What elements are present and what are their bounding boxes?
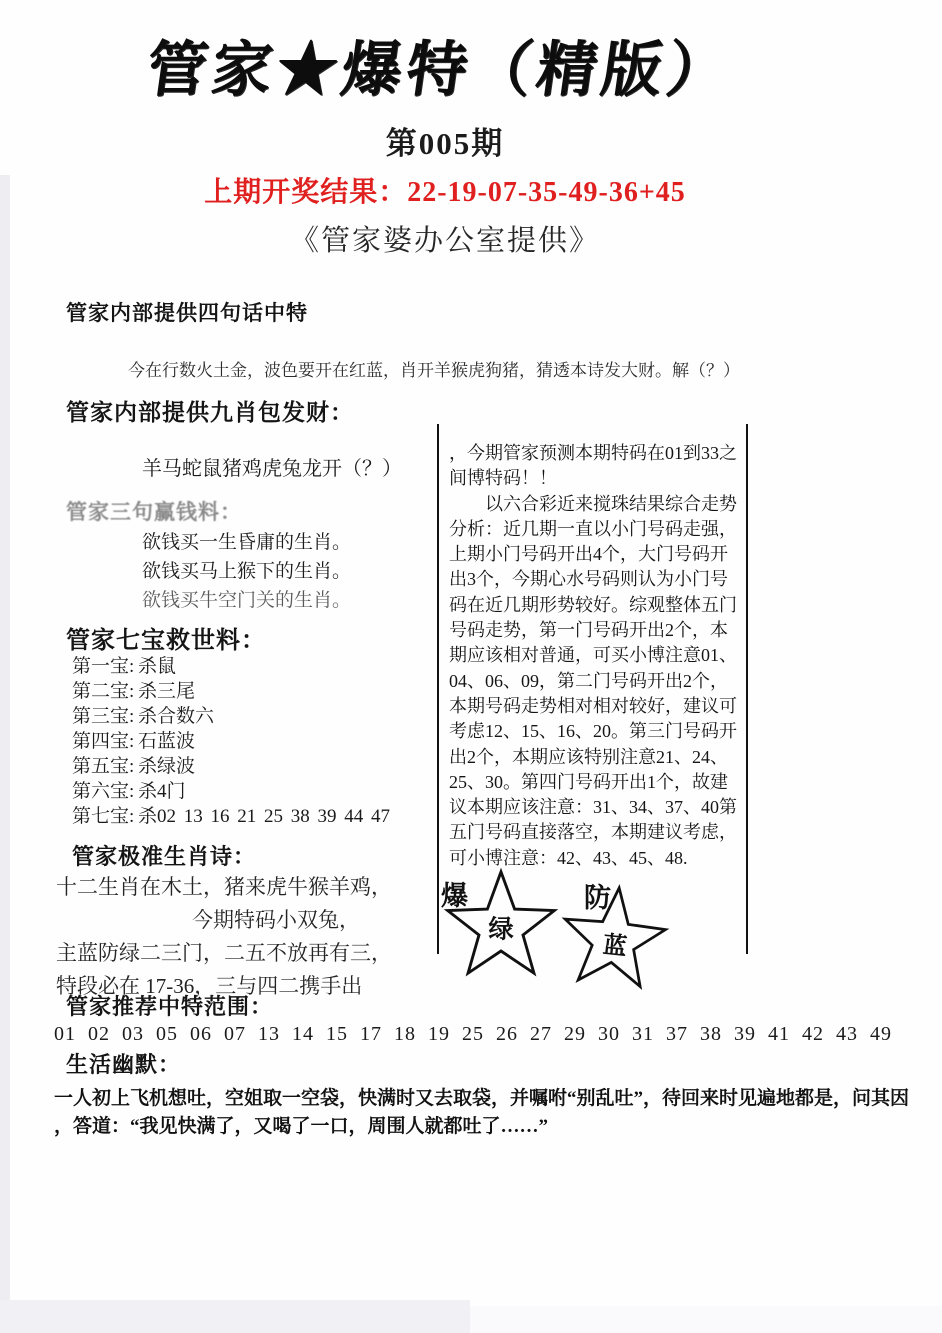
recommend-heading: 管家推荐中特范围： — [66, 990, 273, 1021]
treasure-value: 杀02 13 16 21 25 38 39 44 47 — [138, 806, 390, 827]
analysis-line: 五门号码直接落空，本期建议考虑， — [449, 820, 743, 845]
last-draw-result: 上期开奖结果：22-19-07-35-49-36+45 — [0, 170, 890, 210]
page-title: 管家★爆特（精版） — [34, 22, 846, 108]
analysis-line: 考虑12、15、16、20。第三门号码开 — [449, 719, 743, 744]
treasure-value: 杀鼠 — [138, 656, 176, 677]
treasure-row: 第四宝:石蓝波 — [72, 729, 390, 754]
treasure-row: 第七宝:杀02 13 16 21 25 38 39 44 47 — [72, 804, 390, 829]
treasure-row: 第三宝:杀合数六 — [72, 704, 390, 729]
treasure-value: 杀合数六 — [138, 706, 214, 727]
zodiac-poem-line: 十二生肖在木土，猪来虎牛猴羊鸡， — [56, 871, 392, 901]
treasure-row: 第五宝:杀绿波 — [72, 754, 390, 779]
clue-line: 欲钱买牛空门关的生肖。 — [142, 586, 351, 615]
treasure-label: 第五宝: — [72, 754, 138, 779]
clue-line: 欲钱买马上猴下的生肖。 — [142, 557, 351, 586]
analysis-line: 本期号码走势相对相对较好，建议可 — [449, 694, 743, 719]
analysis-line: 上期小门号码开出4个，大门号码开 — [449, 542, 743, 567]
treasure-label: 第二宝: — [72, 679, 138, 704]
three-clues-heading: 管家三句赢钱料： — [66, 496, 242, 526]
analysis-text: ，今期管家预测本期特码在01到33之 间博特码！！ 以六合彩近来搅珠结果综合走势… — [449, 441, 743, 871]
nine-zodiac-heading: 管家内部提供九肖包发财： — [66, 394, 354, 427]
seven-treasures-list: 第一宝:杀鼠 第二宝:杀三尾 第三宝:杀合数六 第四宝:石蓝波 第五宝:杀绿波 … — [72, 654, 390, 829]
treasure-row: 第六宝:杀4门 — [72, 779, 390, 804]
analysis-line: 分析：近几期一直以小门号码走强， — [449, 517, 743, 542]
analysis-line: 出2个，本期应该特别注意21、24、 — [449, 745, 743, 770]
green-star-text: 绿 — [488, 916, 513, 944]
three-clues-list: 欲钱买一生昏庸的生肖。 欲钱买马上猴下的生肖。 欲钱买牛空门关的生肖。 — [142, 528, 351, 615]
four-sentence-heading: 管家内部提供四句话中特 — [66, 297, 308, 327]
issue-number: 第005期 — [0, 118, 890, 163]
nine-zodiac-line: 羊马蛇鼠猪鸡虎兔龙开（？） — [142, 452, 402, 481]
humor-line: ，答道：“我见快满了，又喝了一口，周围人就都吐了……” — [54, 1111, 548, 1138]
treasure-label: 第一宝: — [72, 654, 138, 679]
humor-line: 一人初上飞机想吐，空姐取一空袋，快满时又去取袋，并嘱咐“别乱吐”，待回来时见遍地… — [54, 1083, 909, 1110]
treasure-label: 第三宝: — [72, 704, 138, 729]
zodiac-poem-heading: 管家极准生肖诗： — [72, 840, 256, 871]
treasure-value: 石蓝波 — [138, 731, 195, 752]
analysis-line: 以六合彩近来搅珠结果综合走势 — [449, 492, 743, 517]
zodiac-poem-line: 今期特码小双兔， — [192, 904, 360, 934]
treasure-value: 杀绿波 — [138, 756, 195, 777]
analysis-line: 25、30。第四门号码开出1个，故建 — [449, 770, 743, 795]
blue-star-icon: 蓝 — [551, 878, 677, 996]
treasure-label: 第七宝: — [72, 804, 138, 829]
four-sentence-poem: 今在行数火土金，波色要开在红蓝，肖开羊猴虎狗猪，猜透本诗发大财。解（？） — [128, 356, 740, 381]
blue-star-text: 蓝 — [602, 930, 629, 960]
treasure-value: 杀4门 — [138, 781, 186, 802]
recommend-numbers: 01 02 03 05 06 07 13 14 15 17 18 19 25 2… — [54, 1023, 892, 1046]
page-edge-bottom-right — [470, 1306, 942, 1333]
analysis-line: 04、06、09，第二门号码开出2个， — [449, 669, 743, 694]
clue-line: 欲钱买一生昏庸的生肖。 — [142, 528, 351, 557]
analysis-line: 议本期应该注意：31、34、37、40第 — [449, 795, 743, 820]
zodiac-poem-line: 主蓝防绿二三门，二五不放再有三， — [56, 937, 392, 967]
analysis-line: 期应该相对普通，可买小博注意01、 — [449, 643, 743, 668]
treasure-row: 第二宝:杀三尾 — [72, 679, 390, 704]
humor-heading: 生活幽默： — [66, 1048, 181, 1079]
analysis-line: ，今期管家预测本期特码在01到33之 — [449, 441, 743, 466]
analysis-line: 号码走势，第一门号码开出2个，本 — [449, 618, 743, 643]
green-star-icon: 绿 — [438, 868, 564, 980]
analysis-right-rule — [746, 424, 748, 954]
provider-line: 《管家婆办公室提供》 — [0, 218, 890, 259]
page-edge-bottom-left — [0, 1300, 470, 1333]
treasure-label: 第四宝: — [72, 729, 138, 754]
page-edge-left — [0, 175, 10, 1333]
analysis-line: 码在近几期形势较好。综观整体五门 — [449, 593, 743, 618]
treasure-row: 第一宝:杀鼠 — [72, 654, 390, 679]
analysis-line: 出3个，今期心水号码则认为小门号 — [449, 567, 743, 592]
analysis-line: 间博特码！！ — [449, 466, 743, 491]
treasure-value: 杀三尾 — [138, 681, 195, 702]
seven-treasures-heading: 管家七宝救世料： — [66, 620, 266, 655]
treasure-label: 第六宝: — [72, 779, 138, 804]
lottery-tip-sheet: 管家★爆特（精版） 第005期 上期开奖结果：22-19-07-35-49-36… — [0, 0, 942, 1333]
